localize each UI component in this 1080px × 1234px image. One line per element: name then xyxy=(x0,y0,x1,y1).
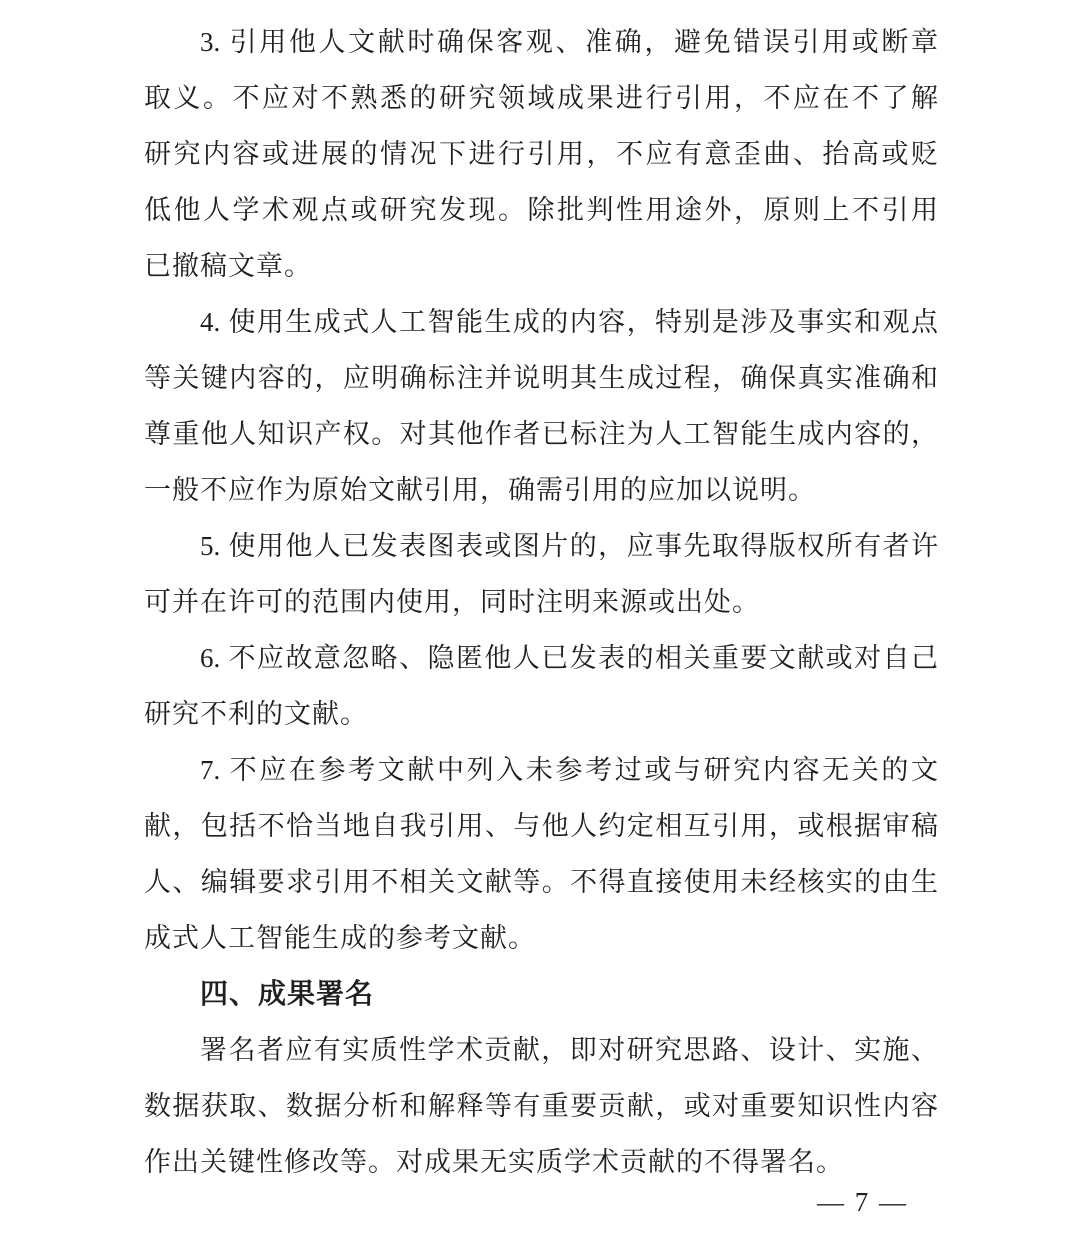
text-line: 成式人工智能生成的参考文献。 xyxy=(144,910,938,966)
page-number: — 7 — xyxy=(817,1182,908,1222)
text-line: 可并在许可的范围内使用，同时注明来源或出处。 xyxy=(144,574,938,630)
text-line: 一般不应作为原始文献引用，确需引用的应加以说明。 xyxy=(144,462,938,518)
text-line: 取义。不应对不熟悉的研究领域成果进行引用，不应在不了解 xyxy=(144,70,938,126)
text-line: 3. 引用他人文献时确保客观、准确，避免错误引用或断章 xyxy=(144,14,938,70)
text-block: 3. 引用他人文献时确保客观、准确，避免错误引用或断章取义。不应对不熟悉的研究领… xyxy=(144,14,938,1190)
text-line: 数据获取、数据分析和解释等有重要贡献，或对重要知识性内容 xyxy=(144,1078,938,1134)
text-line: 署名者应有实质性学术贡献，即对研究思路、设计、实施、 xyxy=(144,1022,938,1078)
section-heading: 四、成果署名 xyxy=(144,966,938,1022)
text-line: 6. 不应故意忽略、隐匿他人已发表的相关重要文献或对自己 xyxy=(144,630,938,686)
text-line: 低他人学术观点或研究发现。除批判性用途外，原则上不引用 xyxy=(144,182,938,238)
text-line: 研究不利的文献。 xyxy=(144,686,938,742)
text-line: 等关键内容的，应明确标注并说明其生成过程，确保真实准确和 xyxy=(144,350,938,406)
text-line: 5. 使用他人已发表图表或图片的，应事先取得版权所有者许 xyxy=(144,518,938,574)
text-line: 尊重他人知识产权。对其他作者已标注为人工智能生成内容的， xyxy=(144,406,938,462)
text-line: 研究内容或进展的情况下进行引用，不应有意歪曲、抬高或贬 xyxy=(144,126,938,182)
text-line: 献，包括不恰当地自我引用、与他人约定相互引用，或根据审稿 xyxy=(144,798,938,854)
text-line: 7. 不应在参考文献中列入未参考过或与研究内容无关的文 xyxy=(144,742,938,798)
text-line: 已撤稿文章。 xyxy=(144,238,938,294)
text-line: 4. 使用生成式人工智能生成的内容，特别是涉及事实和观点 xyxy=(144,294,938,350)
text-line: 人、编辑要求引用不相关文献等。不得直接使用未经核实的由生 xyxy=(144,854,938,910)
document-page: 3. 引用他人文献时确保客观、准确，避免错误引用或断章取义。不应对不熟悉的研究领… xyxy=(0,0,1080,1234)
